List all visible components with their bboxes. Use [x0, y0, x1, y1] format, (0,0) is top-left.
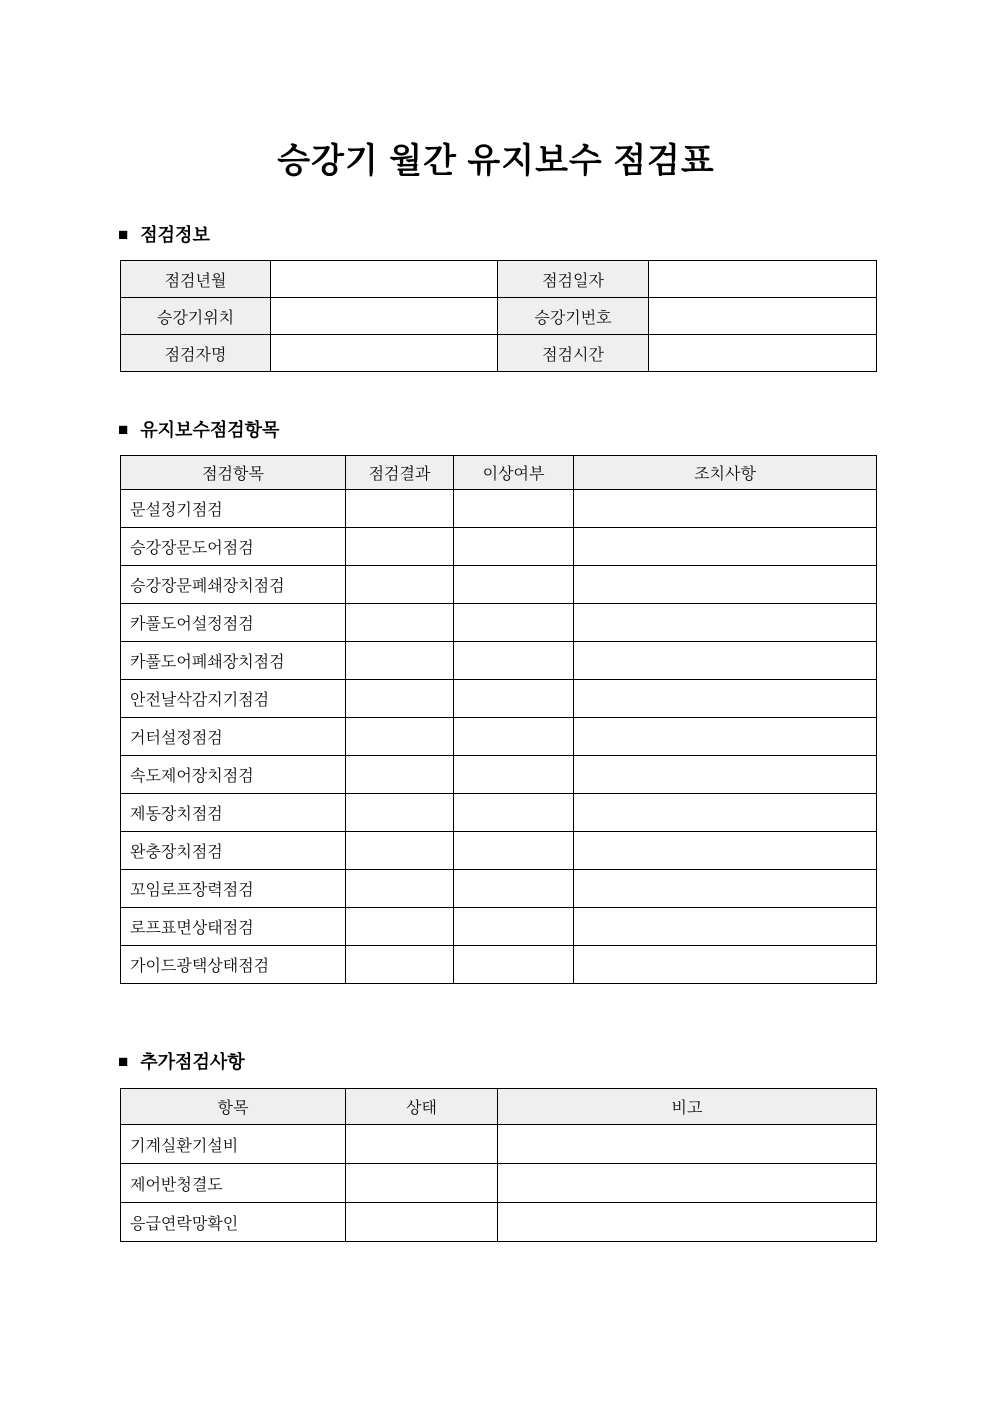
table-row: 승강기위치 승강기번호 [121, 298, 877, 335]
table-row: 꼬임로프장력점검 [121, 870, 877, 908]
field-label-cell: 점검년월 [121, 261, 271, 298]
result-cell [346, 642, 454, 680]
result-cell [346, 946, 454, 984]
inspection-info-table: 점검년월 점검일자 승강기위치 승강기번호 점검자명 점검시간 [120, 260, 877, 372]
section-heading-inspection-info: ■ 점검정보 [118, 221, 210, 247]
action-cell [574, 870, 877, 908]
status-cell [346, 1164, 498, 1203]
item-name-cell: 완충장치점검 [121, 832, 346, 870]
column-header-cell: 비고 [498, 1089, 877, 1125]
table-header-row: 점검항목 점검결과 이상여부 조치사항 [121, 456, 877, 490]
result-cell [346, 566, 454, 604]
abnormality-cell [454, 870, 574, 908]
item-name-cell: 승강장문도어점검 [121, 528, 346, 566]
section-heading-additional-items: ■ 추가점검사항 [118, 1048, 245, 1074]
action-cell [574, 642, 877, 680]
field-value-cell [649, 335, 877, 372]
item-name-cell: 응급연락망확인 [121, 1203, 346, 1242]
field-value-cell [271, 261, 498, 298]
abnormality-cell [454, 604, 574, 642]
abnormality-cell [454, 566, 574, 604]
document-page: 승강기 월간 유지보수 점검표 ■ 점검정보 점검년월 점검일자 승강기위치 승… [0, 0, 992, 1403]
action-cell [574, 946, 877, 984]
column-header-cell: 점검항목 [121, 456, 346, 490]
item-name-cell: 카풀도어폐쇄장치점검 [121, 642, 346, 680]
item-name-cell: 승강장문폐쇄장치점검 [121, 566, 346, 604]
field-value-cell [649, 261, 877, 298]
field-label-cell: 점검시간 [498, 335, 649, 372]
table-row: 제어반청결도 [121, 1164, 877, 1203]
additional-items-table: 항목 상태 비고 기계실환기설비 제어반청결도 응급연락망확인 [120, 1088, 877, 1242]
item-name-cell: 기계실환기설비 [121, 1125, 346, 1164]
table-row: 승강장문폐쇄장치점검 [121, 566, 877, 604]
table-row: 가이드광택상태점검 [121, 946, 877, 984]
note-cell [498, 1125, 877, 1164]
action-cell [574, 908, 877, 946]
abnormality-cell [454, 718, 574, 756]
action-cell [574, 566, 877, 604]
note-cell [498, 1164, 877, 1203]
table-row: 완충장치점검 [121, 832, 877, 870]
abnormality-cell [454, 528, 574, 566]
table-row: 로프표면상태점검 [121, 908, 877, 946]
item-name-cell: 가이드광택상태점검 [121, 946, 346, 984]
action-cell [574, 756, 877, 794]
action-cell [574, 718, 877, 756]
table-row: 문설정기점검 [121, 490, 877, 528]
section-heading-label: 추가점검사항 [140, 1048, 244, 1074]
black-square-bullet-icon: ■ [118, 226, 128, 243]
item-name-cell: 속도제어장치점검 [121, 756, 346, 794]
table-row: 승강장문도어점검 [121, 528, 877, 566]
table-row: 점검년월 점검일자 [121, 261, 877, 298]
result-cell [346, 832, 454, 870]
table-row: 안전날삭감지기점검 [121, 680, 877, 718]
item-name-cell: 꼬임로프장력점검 [121, 870, 346, 908]
result-cell [346, 680, 454, 718]
table-row: 제동장치점검 [121, 794, 877, 832]
column-header-cell: 항목 [121, 1089, 346, 1125]
section-heading-label: 점검정보 [140, 221, 210, 247]
abnormality-cell [454, 756, 574, 794]
column-header-cell: 점검결과 [346, 456, 454, 490]
maintenance-items-table: 점검항목 점검결과 이상여부 조치사항 문설정기점검 승강장문도어점검 승강장문… [120, 455, 877, 984]
status-cell [346, 1203, 498, 1242]
result-cell [346, 528, 454, 566]
item-name-cell: 거터설정점검 [121, 718, 346, 756]
item-name-cell: 카풀도어설정점검 [121, 604, 346, 642]
action-cell [574, 604, 877, 642]
black-square-bullet-icon: ■ [118, 421, 128, 438]
action-cell [574, 490, 877, 528]
action-cell [574, 528, 877, 566]
action-cell [574, 832, 877, 870]
abnormality-cell [454, 946, 574, 984]
abnormality-cell [454, 908, 574, 946]
table-row: 응급연락망확인 [121, 1203, 877, 1242]
document-title: 승강기 월간 유지보수 점검표 [0, 133, 992, 182]
section-heading-maintenance-items: ■ 유지보수점검항목 [118, 416, 279, 442]
abnormality-cell [454, 680, 574, 718]
result-cell [346, 490, 454, 528]
table-row: 카풀도어폐쇄장치점검 [121, 642, 877, 680]
item-name-cell: 제동장치점검 [121, 794, 346, 832]
section-heading-label: 유지보수점검항목 [140, 416, 279, 442]
result-cell [346, 604, 454, 642]
field-value-cell [271, 298, 498, 335]
item-name-cell: 제어반청결도 [121, 1164, 346, 1203]
column-header-cell: 조치사항 [574, 456, 877, 490]
table-header-row: 항목 상태 비고 [121, 1089, 877, 1125]
field-value-cell [271, 335, 498, 372]
action-cell [574, 680, 877, 718]
item-name-cell: 로프표면상태점검 [121, 908, 346, 946]
abnormality-cell [454, 490, 574, 528]
result-cell [346, 870, 454, 908]
field-label-cell: 승강기번호 [498, 298, 649, 335]
abnormality-cell [454, 642, 574, 680]
table-row: 속도제어장치점검 [121, 756, 877, 794]
column-header-cell: 이상여부 [454, 456, 574, 490]
abnormality-cell [454, 832, 574, 870]
result-cell [346, 908, 454, 946]
table-row: 점검자명 점검시간 [121, 335, 877, 372]
table-row: 기계실환기설비 [121, 1125, 877, 1164]
status-cell [346, 1125, 498, 1164]
abnormality-cell [454, 794, 574, 832]
table-row: 거터설정점검 [121, 718, 877, 756]
note-cell [498, 1203, 877, 1242]
field-value-cell [649, 298, 877, 335]
field-label-cell: 점검일자 [498, 261, 649, 298]
item-name-cell: 문설정기점검 [121, 490, 346, 528]
item-name-cell: 안전날삭감지기점검 [121, 680, 346, 718]
action-cell [574, 794, 877, 832]
result-cell [346, 794, 454, 832]
field-label-cell: 점검자명 [121, 335, 271, 372]
table-row: 카풀도어설정점검 [121, 604, 877, 642]
black-square-bullet-icon: ■ [118, 1053, 128, 1070]
result-cell [346, 718, 454, 756]
field-label-cell: 승강기위치 [121, 298, 271, 335]
result-cell [346, 756, 454, 794]
column-header-cell: 상태 [346, 1089, 498, 1125]
